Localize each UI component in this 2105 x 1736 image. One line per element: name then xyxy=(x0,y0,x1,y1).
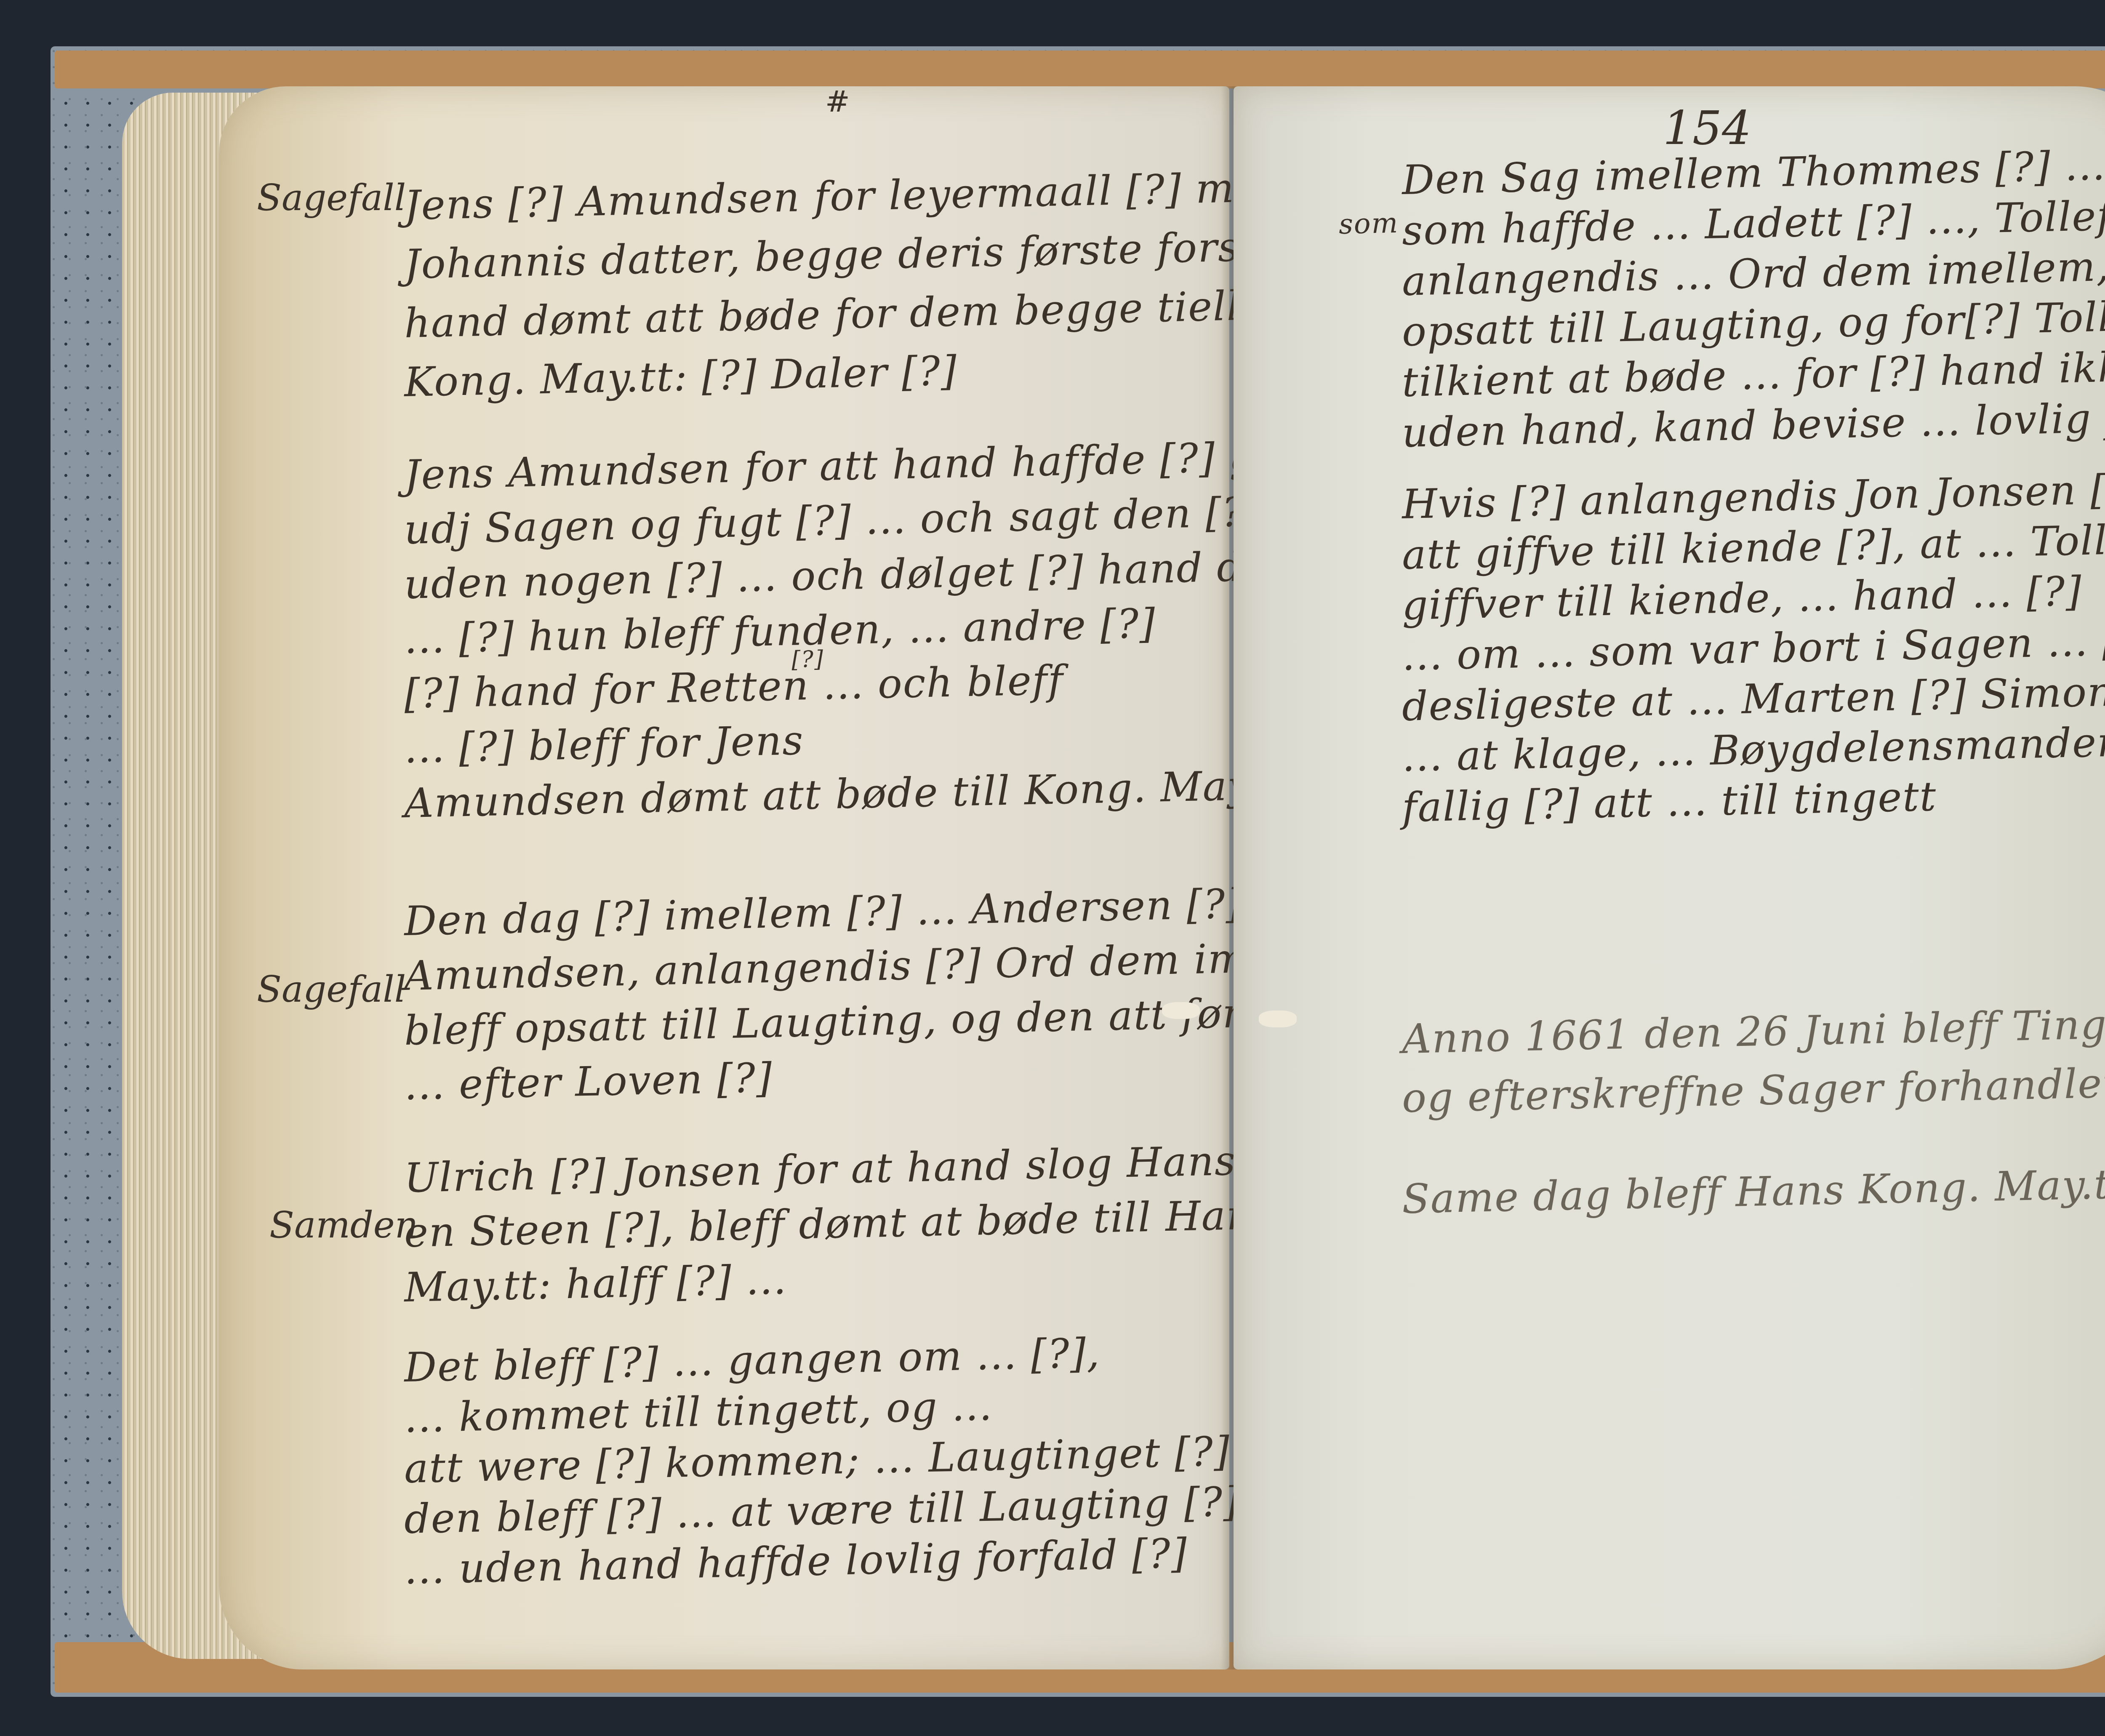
right-entry-2-line-7: fallig [?] att ... till tingett xyxy=(1402,776,1937,828)
paper-tear-left xyxy=(1162,1002,1200,1019)
left-entry-5-line-2: ... kommet till tingett, og ... xyxy=(404,1386,993,1438)
left-entry-3-line-4: ... efter Loven [?] xyxy=(404,1058,773,1106)
left-entry-4-line-3: May.tt: halff [?] ... xyxy=(404,1259,787,1308)
cover-edge-top xyxy=(55,51,2105,88)
left-entry-1-line-4: Kong. May.tt: [?] Daler [?] xyxy=(404,350,958,403)
paper-tear-right xyxy=(1259,1011,1297,1027)
folio-number: 154 xyxy=(1663,101,1751,155)
left-entry-2-line-6: ... [?] bleff for Jens xyxy=(404,720,804,769)
margin-note-3: Samden xyxy=(269,1204,418,1246)
left-top-mark: # xyxy=(825,84,850,119)
margin-note-1: Sagefall xyxy=(257,177,406,219)
right-margin-fragment: som xyxy=(1338,209,1399,238)
margin-note-2: Sagefall xyxy=(257,968,406,1011)
